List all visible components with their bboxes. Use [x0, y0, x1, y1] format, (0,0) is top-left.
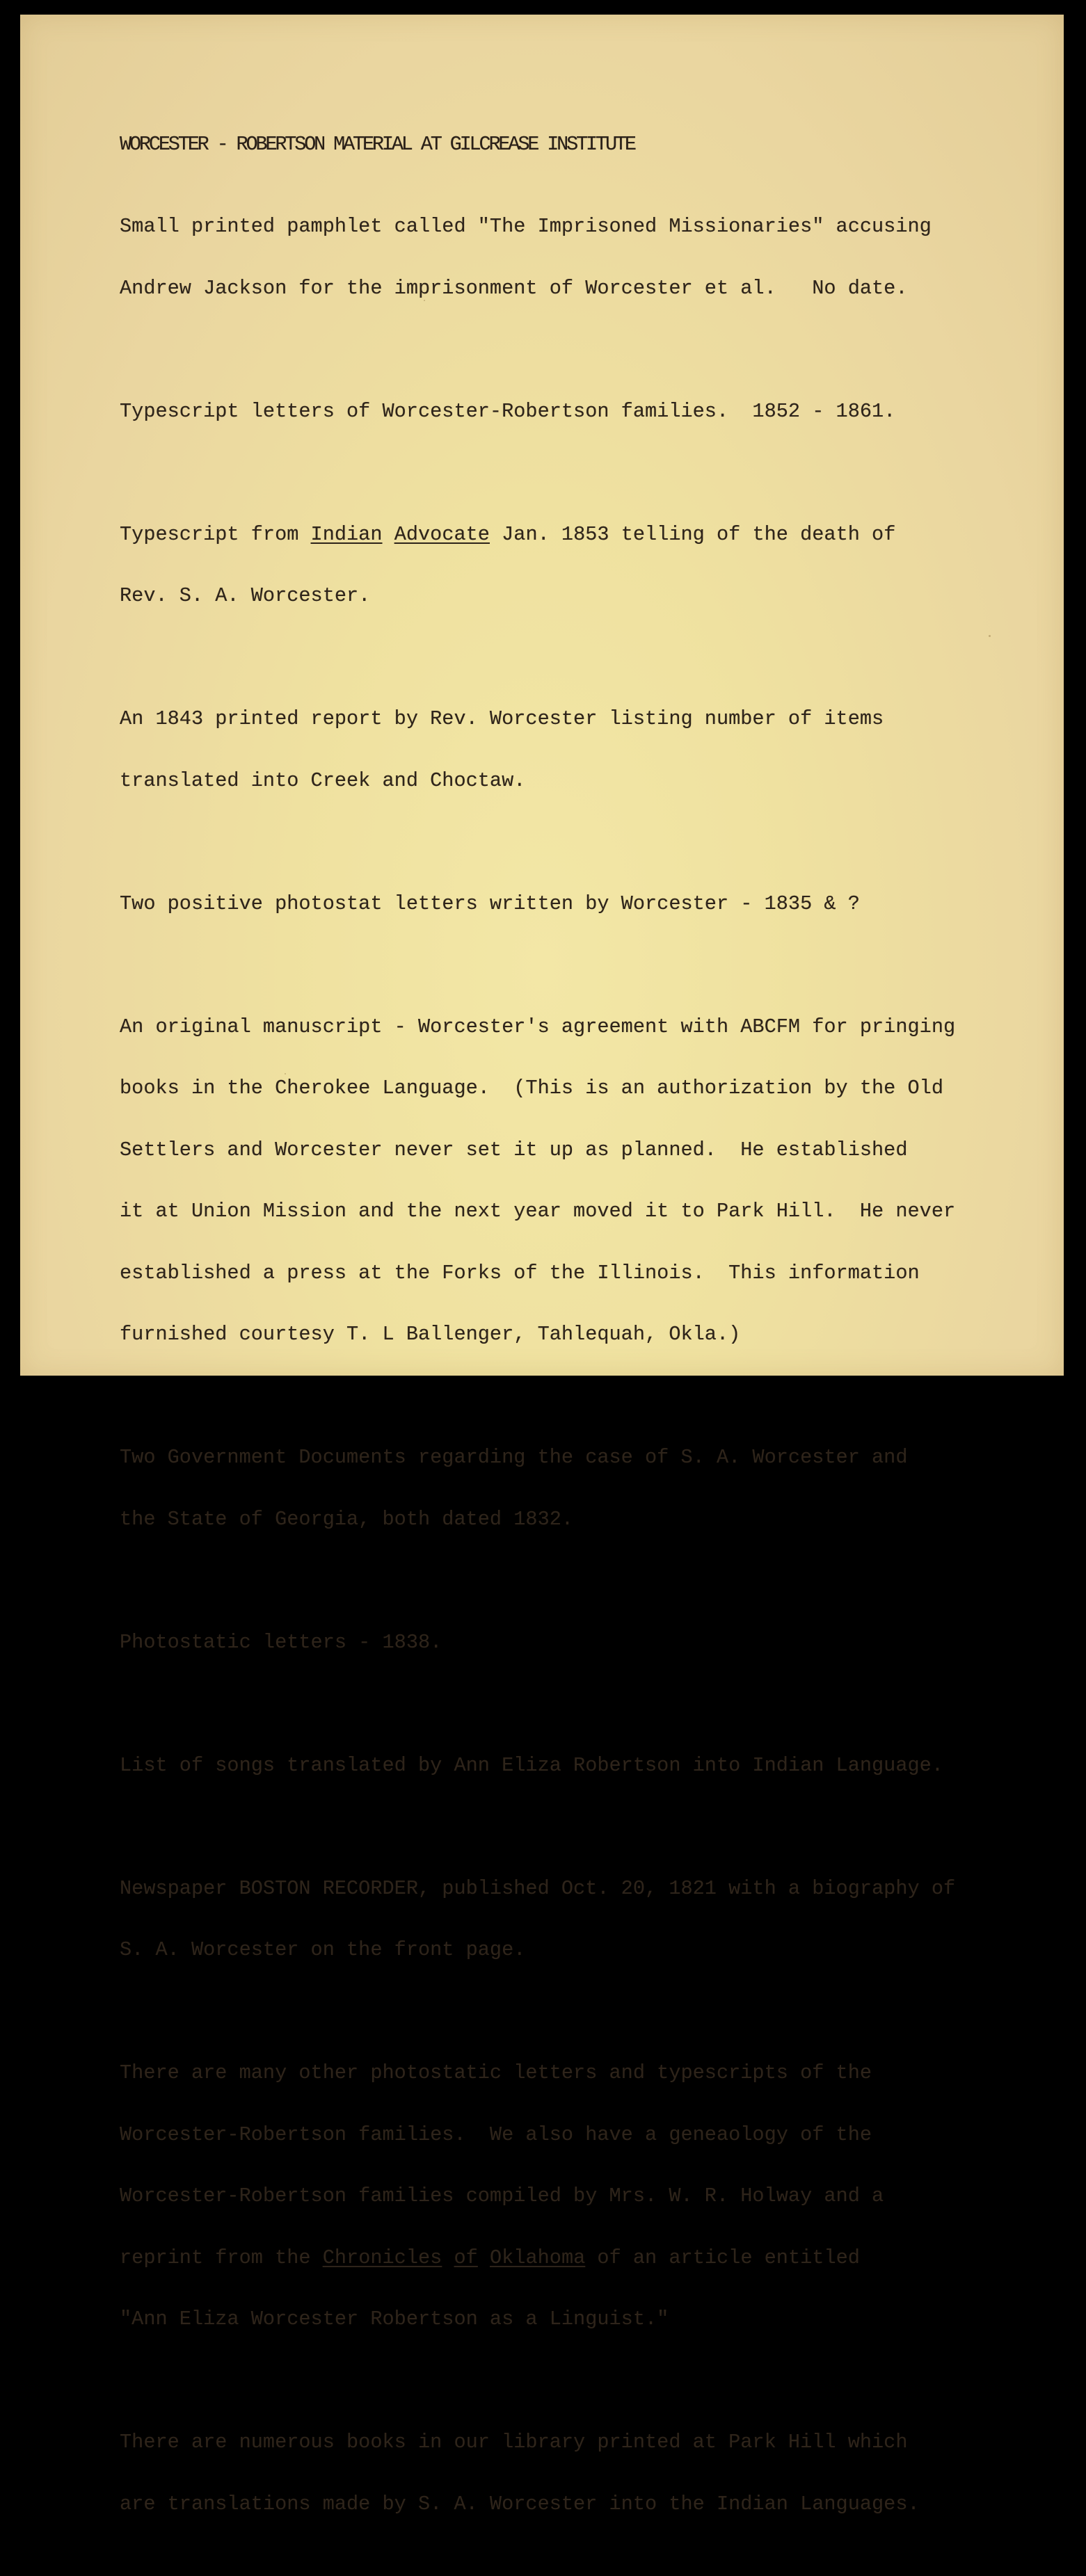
text-segment: [383, 523, 394, 546]
text-line: translated into Creek and Choctaw.: [120, 771, 996, 791]
item-photostat-letters: Two positive photostat letters written b…: [120, 853, 996, 956]
document-page: WORCESTER - ROBERTSON MATERIAL AT GILCRE…: [20, 15, 1064, 1376]
text-line: Rev. S. A. Worcester.: [120, 586, 996, 606]
document-title: WORCESTER - ROBERTSON MATERIAL AT GILCRE…: [120, 134, 996, 155]
text-segment: Jan. 1853 telling of the death of: [490, 523, 895, 546]
text-line: books in the Cherokee Language. (This is…: [120, 1078, 996, 1099]
underlined-title-word: Advocate: [394, 523, 490, 546]
text-line: Typescript from Indian Advocate Jan. 185…: [120, 524, 996, 545]
item-original-manuscript: An original manuscript - Worcester's agr…: [120, 976, 996, 1386]
text-line: it at Union Mission and the next year mo…: [120, 1201, 996, 1222]
text-segment: Typescript from: [120, 523, 311, 546]
text-line: An original manuscript - Worcester's agr…: [120, 1017, 996, 1038]
item-1843-report: An 1843 printed report by Rev. Worcester…: [120, 668, 996, 832]
item-typescript-letters: Typescript letters of Worcester-Robertso…: [120, 360, 996, 463]
text-line: Typescript letters of Worcester-Robertso…: [120, 401, 996, 422]
text-line: Two positive photostat letters written b…: [120, 894, 996, 915]
typed-document: WORCESTER - ROBERTSON MATERIAL AT GILCRE…: [120, 134, 996, 1391]
text-line: Andrew Jackson for the imprisonment of W…: [120, 278, 996, 299]
item-indian-advocate: Typescript from Indian Advocate Jan. 185…: [120, 483, 996, 647]
text-line: Small printed pamphlet called "The Impri…: [120, 216, 996, 237]
underlined-title-word: Indian: [311, 523, 383, 546]
item-pamphlet: Small printed pamphlet called "The Impri…: [120, 175, 996, 339]
text-line: furnished courtesy T. L Ballenger, Tahle…: [120, 1324, 996, 1345]
text-line: An 1843 printed report by Rev. Worcester…: [120, 709, 996, 730]
text-line: Settlers and Worcester never set it up a…: [120, 1140, 996, 1161]
text-line: established a press at the Forks of the …: [120, 1263, 996, 1284]
